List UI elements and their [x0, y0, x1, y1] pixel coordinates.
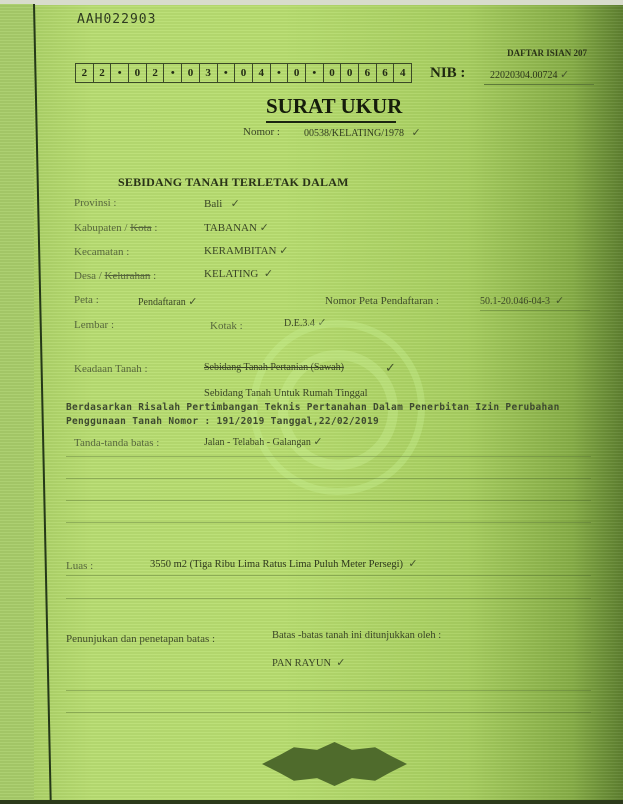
check-mark-icon: ✓	[555, 295, 564, 307]
seal-ornament	[262, 742, 407, 786]
tanda-batas-value: Jalan - Telabah - Galangan ✓	[204, 435, 323, 448]
check-mark-icon: ✓	[279, 245, 288, 257]
code-box: 3	[200, 63, 218, 83]
check-mark-icon: ✓	[260, 222, 269, 234]
code-box: 6	[359, 63, 377, 83]
nib-value: 22020304.00724 ✓	[490, 68, 569, 81]
section-heading: SEBIDANG TANAH TERLETAK DALAM	[118, 175, 349, 190]
title-underline	[266, 121, 396, 123]
form-line	[480, 310, 590, 311]
lembar-label: Lembar :	[74, 319, 114, 331]
check-mark-icon: ✓	[231, 198, 240, 210]
form-line	[66, 478, 591, 479]
pointed-by-name: PAN RAYUN ✓	[272, 656, 346, 669]
penunjukan-label: Penunjukan dan penetapan batas :	[66, 633, 215, 645]
code-box: •	[218, 63, 236, 83]
form-line	[66, 575, 591, 576]
code-boxes: 22•02•03•04•0•00664	[75, 63, 412, 83]
code-box: 0	[129, 63, 147, 83]
left-flap	[0, 4, 34, 804]
document-page: AAH022903 DAFTAR ISIAN 207 22•02•03•04•0…	[0, 0, 623, 804]
kecamatan-value: KERAMBITAN ✓	[204, 244, 288, 257]
provinsi-value: Bali ✓	[204, 197, 240, 210]
spine-line	[33, 4, 52, 804]
form-line	[66, 690, 591, 691]
luas-label: Luas :	[66, 560, 93, 572]
check-mark-icon: ✓	[560, 69, 569, 81]
top-edge	[0, 0, 623, 5]
typed-note-line-1: Berdasarkan Risalah Pertimbangan Teknis …	[66, 402, 560, 413]
code-box: •	[111, 63, 129, 83]
code-box: 2	[147, 63, 165, 83]
code-box: 0	[324, 63, 342, 83]
typed-note-line-2: Penggunaan Tanah Nomor : 191/2019 Tangga…	[66, 416, 379, 427]
check-mark-icon: ✓	[336, 657, 345, 669]
check-mark-icon: ✓	[408, 558, 417, 570]
bottom-edge	[0, 800, 623, 804]
code-box: 4	[253, 63, 271, 83]
luas-value: 3550 m2 (Tiga Ribu Lima Ratus Lima Puluh…	[150, 557, 418, 570]
code-box: 2	[76, 63, 94, 83]
penunjukan-value: Batas -batas tanah ini ditunjukkan oleh …	[272, 630, 441, 641]
kabupaten-label: Kabupaten / Kota :	[74, 222, 157, 234]
nib-label: NIB :	[430, 65, 465, 82]
desa-label: Desa / Kelurahan :	[74, 270, 156, 282]
keadaan-tanah-new-value: Sebidang Tanah Untuk Rumah Tinggal	[204, 388, 368, 399]
tanda-batas-label: Tanda-tanda batas :	[74, 437, 159, 449]
desa-value: KELATING ✓	[204, 267, 273, 280]
check-mark-icon: ✓	[412, 127, 421, 139]
code-box: •	[164, 63, 182, 83]
form-line	[66, 712, 591, 713]
nib-underline	[484, 84, 594, 85]
keadaan-tanah-old-value: Sebidang Tanah Pertanian (Sawah)	[204, 362, 344, 373]
code-box: •	[271, 63, 289, 83]
check-mark-icon: ✓	[385, 360, 396, 376]
keadaan-tanah-label: Keadaan Tanah :	[74, 363, 148, 375]
kecamatan-label: Kecamatan :	[74, 246, 129, 258]
code-box: 4	[394, 63, 412, 83]
code-box: 0	[182, 63, 200, 83]
nomor-label: Nomor :	[243, 126, 280, 138]
form-line	[66, 500, 591, 501]
serial-number: AAH022903	[77, 12, 156, 27]
code-box: 0	[288, 63, 306, 83]
nomor-peta-label: Nomor Peta Pendaftaran :	[325, 295, 439, 307]
form-line	[66, 522, 591, 523]
nomor-value: 00538/KELATING/1978 ✓	[304, 126, 421, 139]
code-box: 0	[341, 63, 359, 83]
code-box: 0	[235, 63, 253, 83]
check-mark-icon: ✓	[188, 296, 197, 308]
peta-label: Peta :	[74, 294, 99, 306]
code-box: 6	[377, 63, 395, 83]
provinsi-label: Provinsi :	[74, 197, 116, 209]
page-title: SURAT UKUR	[266, 94, 402, 119]
check-mark-icon: ✓	[313, 436, 322, 448]
form-line	[66, 598, 591, 599]
kotak-label: Kotak :	[210, 320, 243, 332]
peta-value: Pendaftaran ✓	[138, 295, 197, 308]
check-mark-icon: ✓	[264, 268, 273, 280]
code-box: •	[306, 63, 324, 83]
kabupaten-value: TABANAN ✓	[204, 221, 269, 234]
form-name: DAFTAR ISIAN 207	[507, 48, 587, 58]
code-box: 2	[94, 63, 112, 83]
nomor-peta-value: 50.1-20.046-04-3 ✓	[480, 294, 564, 307]
form-line	[66, 456, 591, 457]
